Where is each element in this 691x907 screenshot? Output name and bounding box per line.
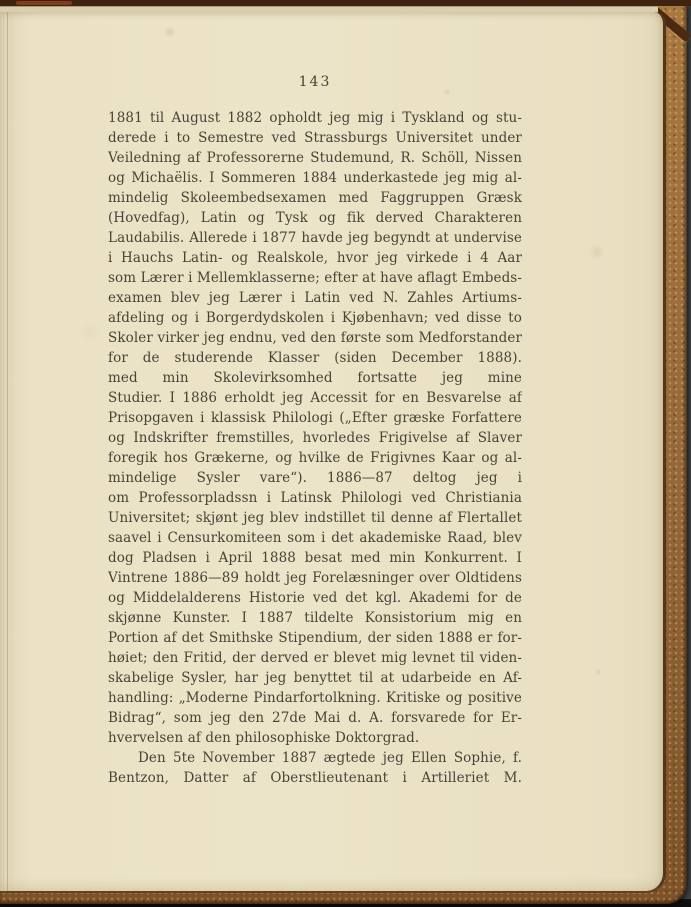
text-line: Laudabilis. Allerede i 1877 havde jeg be…: [108, 228, 522, 248]
gutter-crease: [7, 12, 8, 891]
text-line: examen blev jeg Lærer i Latin ved N. Zah…: [108, 288, 522, 308]
text-line: skjønne Kunster. I 1887 tildelte Konsist…: [108, 608, 522, 628]
text-line: mindelig Skoleembedsexamen med Faggruppe…: [108, 188, 522, 208]
page-number: 143: [108, 74, 522, 90]
text-line: Portion af det Smithske Stipendium, der …: [108, 628, 522, 648]
text-line: skabelige Sysler, har jeg benyttet til a…: [108, 668, 522, 688]
text-line: Prisopgaven i klassisk Philologi („Efter…: [108, 408, 522, 428]
text-line: Bidrag“, som jeg den 27de Mai d. A. fors…: [108, 708, 522, 728]
text-line: Studier. I 1886 erholdt jeg Accessit for…: [108, 388, 522, 408]
text-line: som Lærer i Mellemklasserne; efter at ha…: [108, 268, 522, 288]
text-line: dog Pladsen i April 1888 besat med min K…: [108, 548, 522, 568]
text-line: Universitet; skjønt jeg blev indstillet …: [108, 508, 522, 528]
cover-top-highlight: [16, 1, 72, 5]
text-line: høiet; den Fritid, der derved er blevet …: [108, 648, 522, 668]
text-line: derede i to Semestre ved Strassburgs Uni…: [108, 128, 522, 148]
text-line: hvervelsen af den philosophiske Doktorgr…: [108, 728, 522, 748]
text-line: Bentzon, Datter af Oberstlieutenant i Ar…: [108, 768, 522, 788]
text-line: foregik hos Grækerne, og hvilke de Frigi…: [108, 448, 522, 468]
body-text: 1881 til August 1882 opholdt jeg mig i T…: [108, 108, 522, 788]
text-line: og Michaëlis. I Sommeren 1884 underkaste…: [108, 168, 522, 188]
book-photo: 143 1881 til August 1882 opholdt jeg mig…: [0, 0, 691, 907]
text-line: om Professorpladssn i Latinsk Philologi …: [108, 488, 522, 508]
text-line: Vintrene 1886—89 holdt jeg Forelæsninger…: [108, 568, 522, 588]
text-line: (Hovedfag), Latin og Tysk og fik derved …: [108, 208, 522, 228]
text-line: handling: „Moderne Pindarfortolkning. Kr…: [108, 688, 522, 708]
text-line: saavel i Censurkomiteen som i det akadem…: [108, 528, 522, 548]
text-line: afdeling og i Borgerdydskolen i Kjøbenha…: [108, 308, 522, 328]
text-line: Den 5te November 1887 ægtede jeg Ellen S…: [108, 748, 522, 768]
text-line: 1881 til August 1882 opholdt jeg mig i T…: [108, 108, 522, 128]
text-line: Veiledning af Professorerne Studemund, R…: [108, 148, 522, 168]
text-line: med min Skolevirksomhed fortsatte jeg mi…: [108, 368, 522, 388]
text-line: og Middelalderens Historie ved det kgl. …: [108, 588, 522, 608]
text-line: for de studerende Klasser (siden Decembe…: [108, 348, 522, 368]
text-line: mindelige Sysler vare“). 1886—87 deltog …: [108, 468, 522, 488]
text-line: i Hauchs Latin- og Realskole, hvor jeg v…: [108, 248, 522, 268]
text-line: Skoler virker jeg endnu, ved den første …: [108, 328, 522, 348]
book-page: 143 1881 til August 1882 opholdt jeg mig…: [0, 12, 666, 893]
text-line: og Indskrifter fremstilles, hvorledes Fr…: [108, 428, 522, 448]
